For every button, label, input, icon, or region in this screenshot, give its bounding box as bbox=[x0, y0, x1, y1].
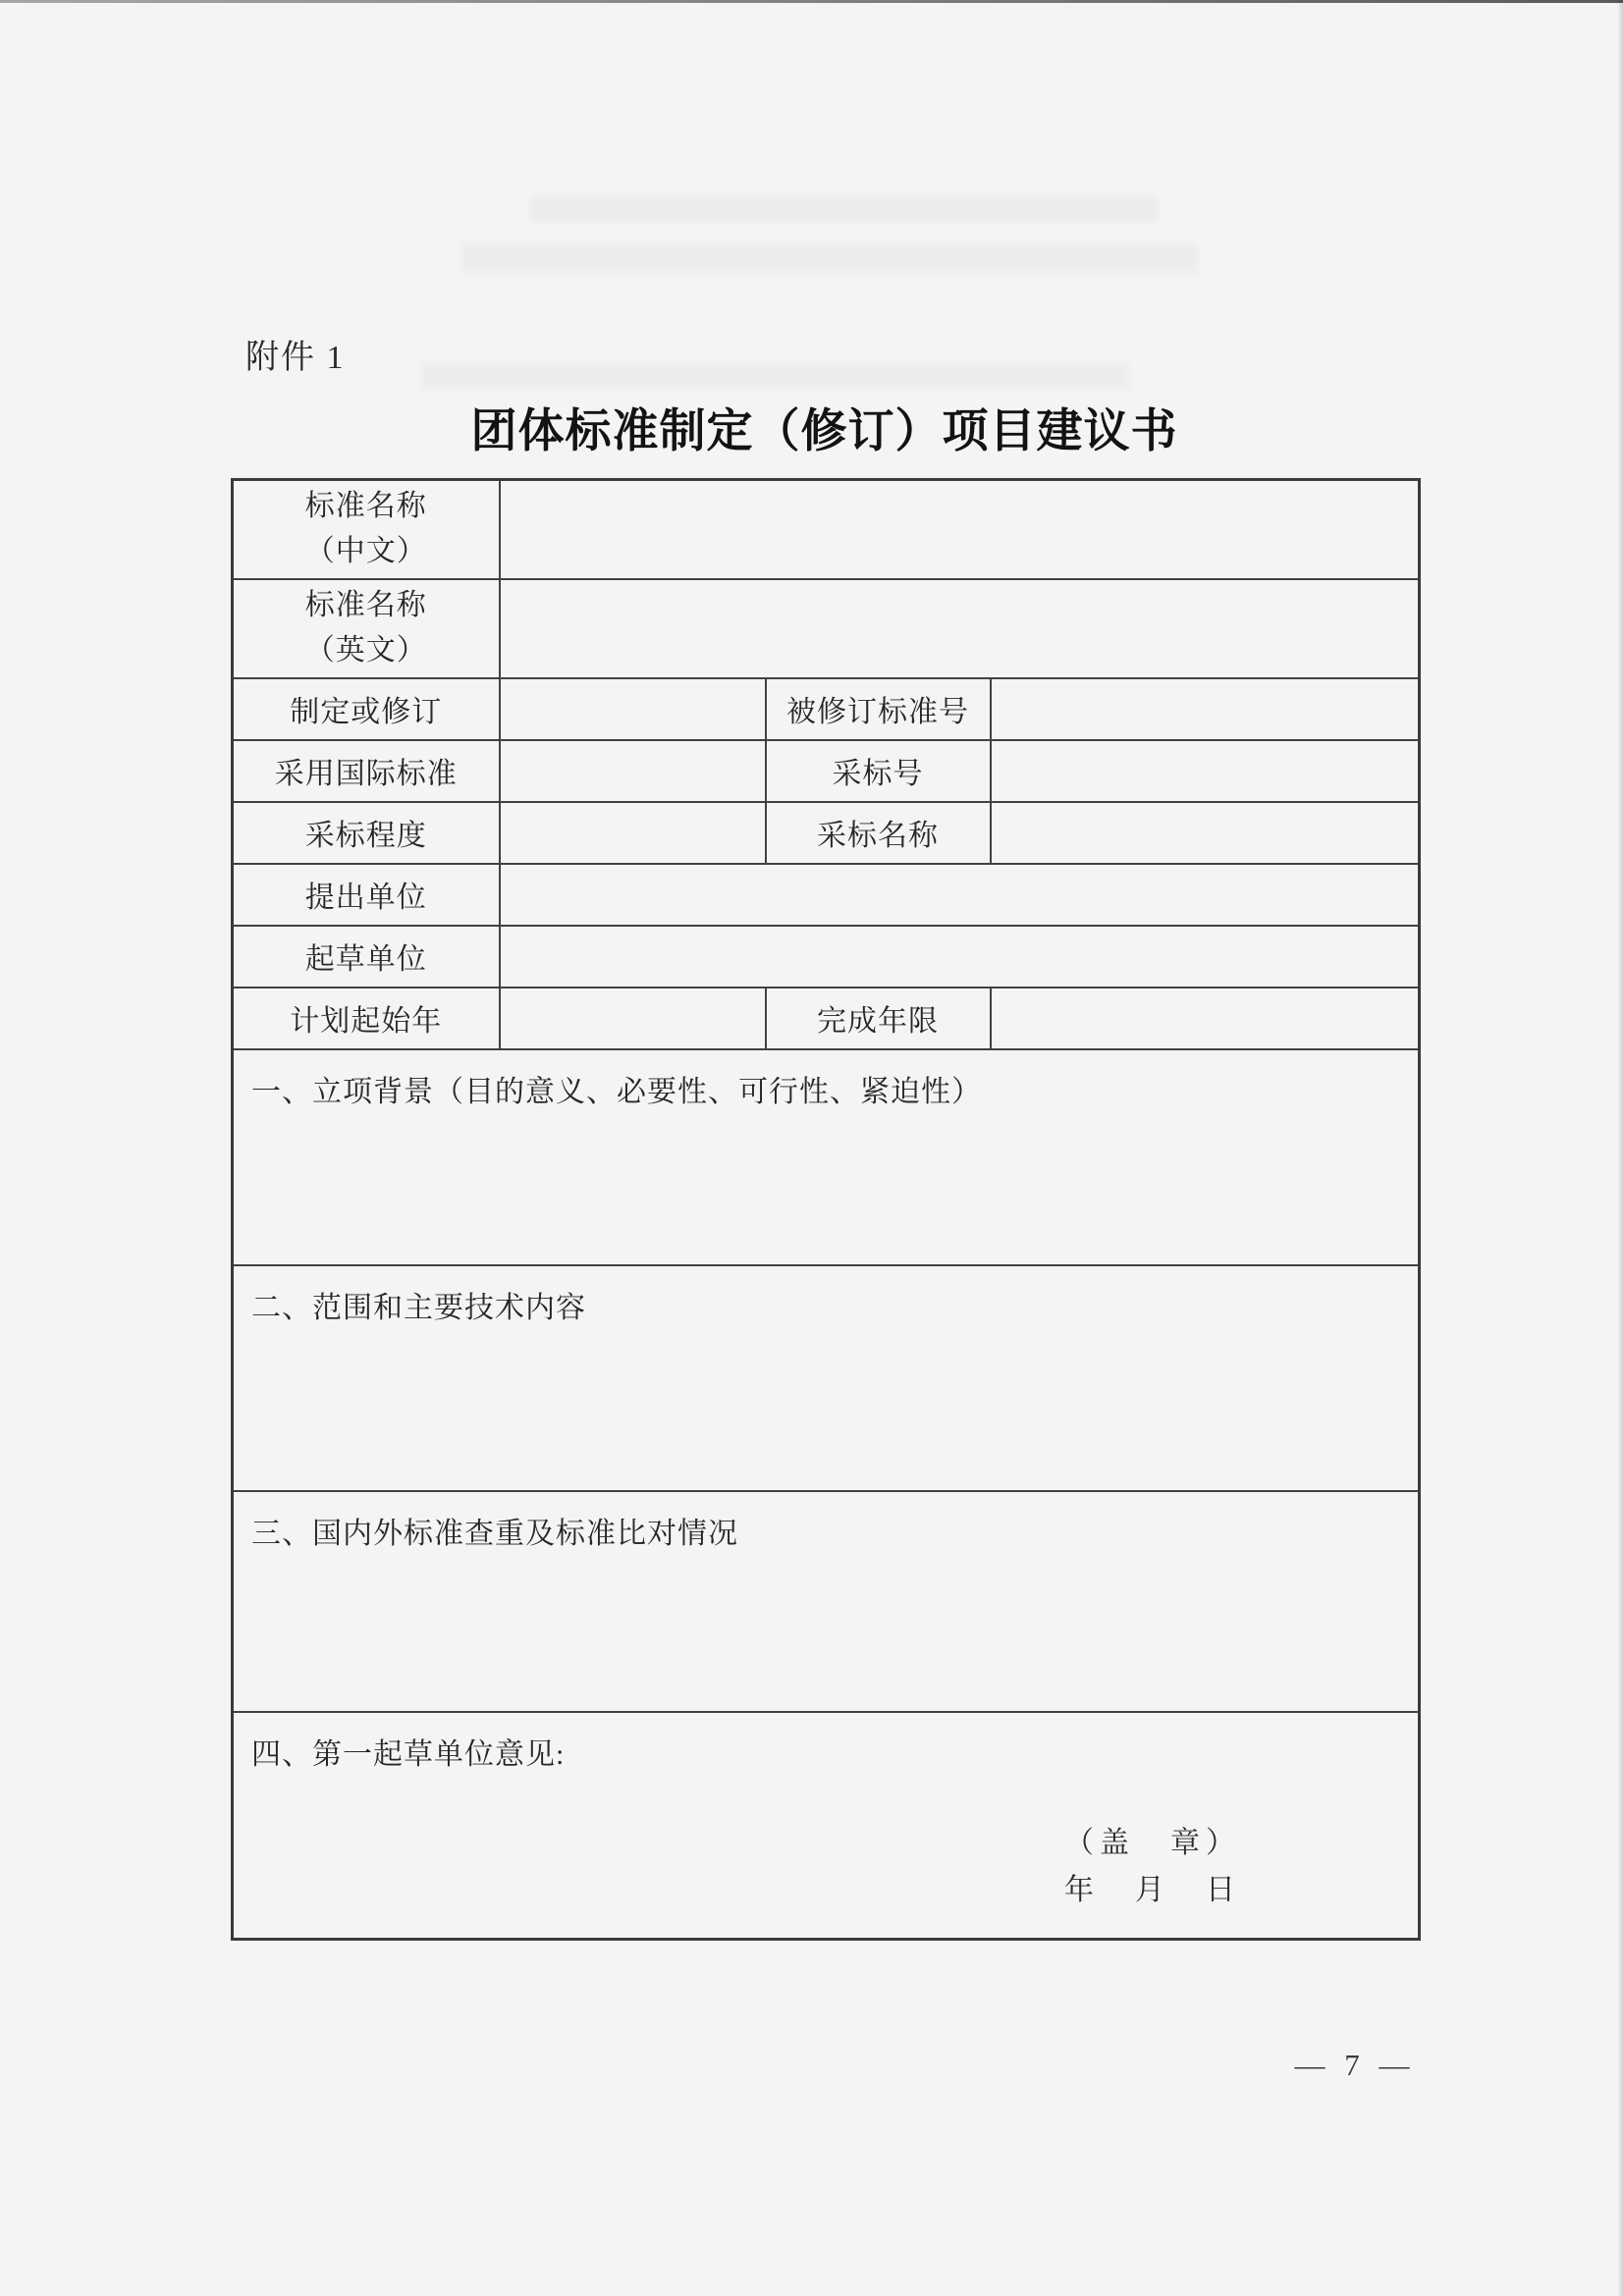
row-plan-start-year: 计划起始年 完成年限 bbox=[233, 988, 1420, 1049]
stamp-date-label: 年 月 日 bbox=[1064, 1867, 1241, 1914]
section-scope-technical-content: 二、范围和主要技术内容 bbox=[233, 1265, 1420, 1491]
label-revised-standard-no: 被修订标准号 bbox=[766, 678, 991, 740]
section-project-background: 一、立项背景（目的意义、必要性、可行性、紧迫性） bbox=[233, 1049, 1420, 1265]
label-adoption-degree: 采标程度 bbox=[233, 802, 500, 864]
label-draft-or-revise: 制定或修订 bbox=[233, 678, 500, 740]
row-draft-or-revise: 制定或修订 被修订标准号 bbox=[233, 678, 1420, 740]
label-plan-start-year: 计划起始年 bbox=[233, 988, 500, 1049]
section-standard-comparison: 三、国内外标准查重及标准比对情况 bbox=[233, 1491, 1420, 1712]
label-proposing-unit: 提出单位 bbox=[233, 864, 500, 926]
page-number: — 7 — bbox=[1257, 2048, 1453, 2083]
row-section-first-drafter-opinion: 四、第一起草单位意见: （盖 章） 年 月 日 bbox=[233, 1712, 1420, 1940]
value-adopt-intl-standard bbox=[500, 740, 766, 802]
label-adoption-name: 采标名称 bbox=[766, 802, 991, 864]
section-heading: 三、国内外标准查重及标准比对情况 bbox=[234, 1492, 1418, 1555]
row-drafting-unit: 起草单位 bbox=[233, 926, 1420, 988]
value-drafting-unit bbox=[500, 926, 1420, 988]
ink-bleed-artifact bbox=[422, 363, 1129, 389]
value-adoption-degree bbox=[500, 802, 766, 864]
label-line: 标准名称 bbox=[234, 583, 499, 628]
row-standard-name-cn: 标准名称 （中文） bbox=[233, 480, 1420, 579]
project-proposal-table: 标准名称 （中文） 标准名称 （英文） 制定或修订 被修订标准号 采用国际标准 … bbox=[231, 478, 1421, 1941]
label-drafting-unit: 起草单位 bbox=[233, 926, 500, 988]
scanned-document-page: 附件 1 团体标准制定（修订）项目建议书 标准名称 （中文） 标准名称 （英文）… bbox=[0, 0, 1623, 2296]
label-adoption-no: 采标号 bbox=[766, 740, 991, 802]
ink-bleed-artifact bbox=[461, 243, 1198, 273]
ink-bleed-artifact bbox=[530, 196, 1159, 222]
label-adopt-intl-standard: 采用国际标准 bbox=[233, 740, 500, 802]
value-standard-name-en bbox=[500, 579, 1420, 678]
stamp-area: （盖 章） 年 月 日 bbox=[1064, 1820, 1241, 1914]
section-heading: 二、范围和主要技术内容 bbox=[234, 1266, 1418, 1329]
value-adoption-name bbox=[991, 802, 1420, 864]
row-section-duplication-check: 三、国内外标准查重及标准比对情况 bbox=[233, 1491, 1420, 1712]
attachment-label: 附件 1 bbox=[245, 330, 346, 378]
row-standard-name-en: 标准名称 （英文） bbox=[233, 579, 1420, 678]
row-proposing-unit: 提出单位 bbox=[233, 864, 1420, 926]
value-draft-or-revise bbox=[500, 678, 766, 740]
page-title: 团体标准制定（修订）项目建议书 bbox=[231, 395, 1418, 460]
section-heading: 一、立项背景（目的意义、必要性、可行性、紧迫性） bbox=[234, 1050, 1418, 1113]
label-completion-period: 完成年限 bbox=[766, 988, 991, 1049]
label-standard-name-en: 标准名称 （英文） bbox=[233, 579, 500, 678]
value-proposing-unit bbox=[500, 864, 1420, 926]
value-completion-period bbox=[991, 988, 1420, 1049]
stamp-seal-label: （盖 章） bbox=[1064, 1820, 1241, 1867]
label-line: 标准名称 bbox=[234, 484, 499, 529]
value-adoption-no bbox=[991, 740, 1420, 802]
section-first-drafter-opinion: 四、第一起草单位意见: （盖 章） 年 月 日 bbox=[233, 1712, 1420, 1940]
value-standard-name-cn bbox=[500, 480, 1420, 579]
row-adopt-intl-standard: 采用国际标准 采标号 bbox=[233, 740, 1420, 802]
value-revised-standard-no bbox=[991, 678, 1420, 740]
scan-top-edge-artifact bbox=[0, 0, 1623, 3]
value-plan-start-year bbox=[500, 988, 766, 1049]
row-adoption-degree: 采标程度 采标名称 bbox=[233, 802, 1420, 864]
section-heading: 四、第一起草单位意见: bbox=[234, 1713, 1418, 1776]
label-line: （英文） bbox=[234, 628, 499, 673]
scan-right-edge-artifact bbox=[1617, 0, 1623, 2296]
row-section-scope: 二、范围和主要技术内容 bbox=[233, 1265, 1420, 1491]
label-line: （中文） bbox=[234, 529, 499, 574]
label-standard-name-cn: 标准名称 （中文） bbox=[233, 480, 500, 579]
row-section-background: 一、立项背景（目的意义、必要性、可行性、紧迫性） bbox=[233, 1049, 1420, 1265]
